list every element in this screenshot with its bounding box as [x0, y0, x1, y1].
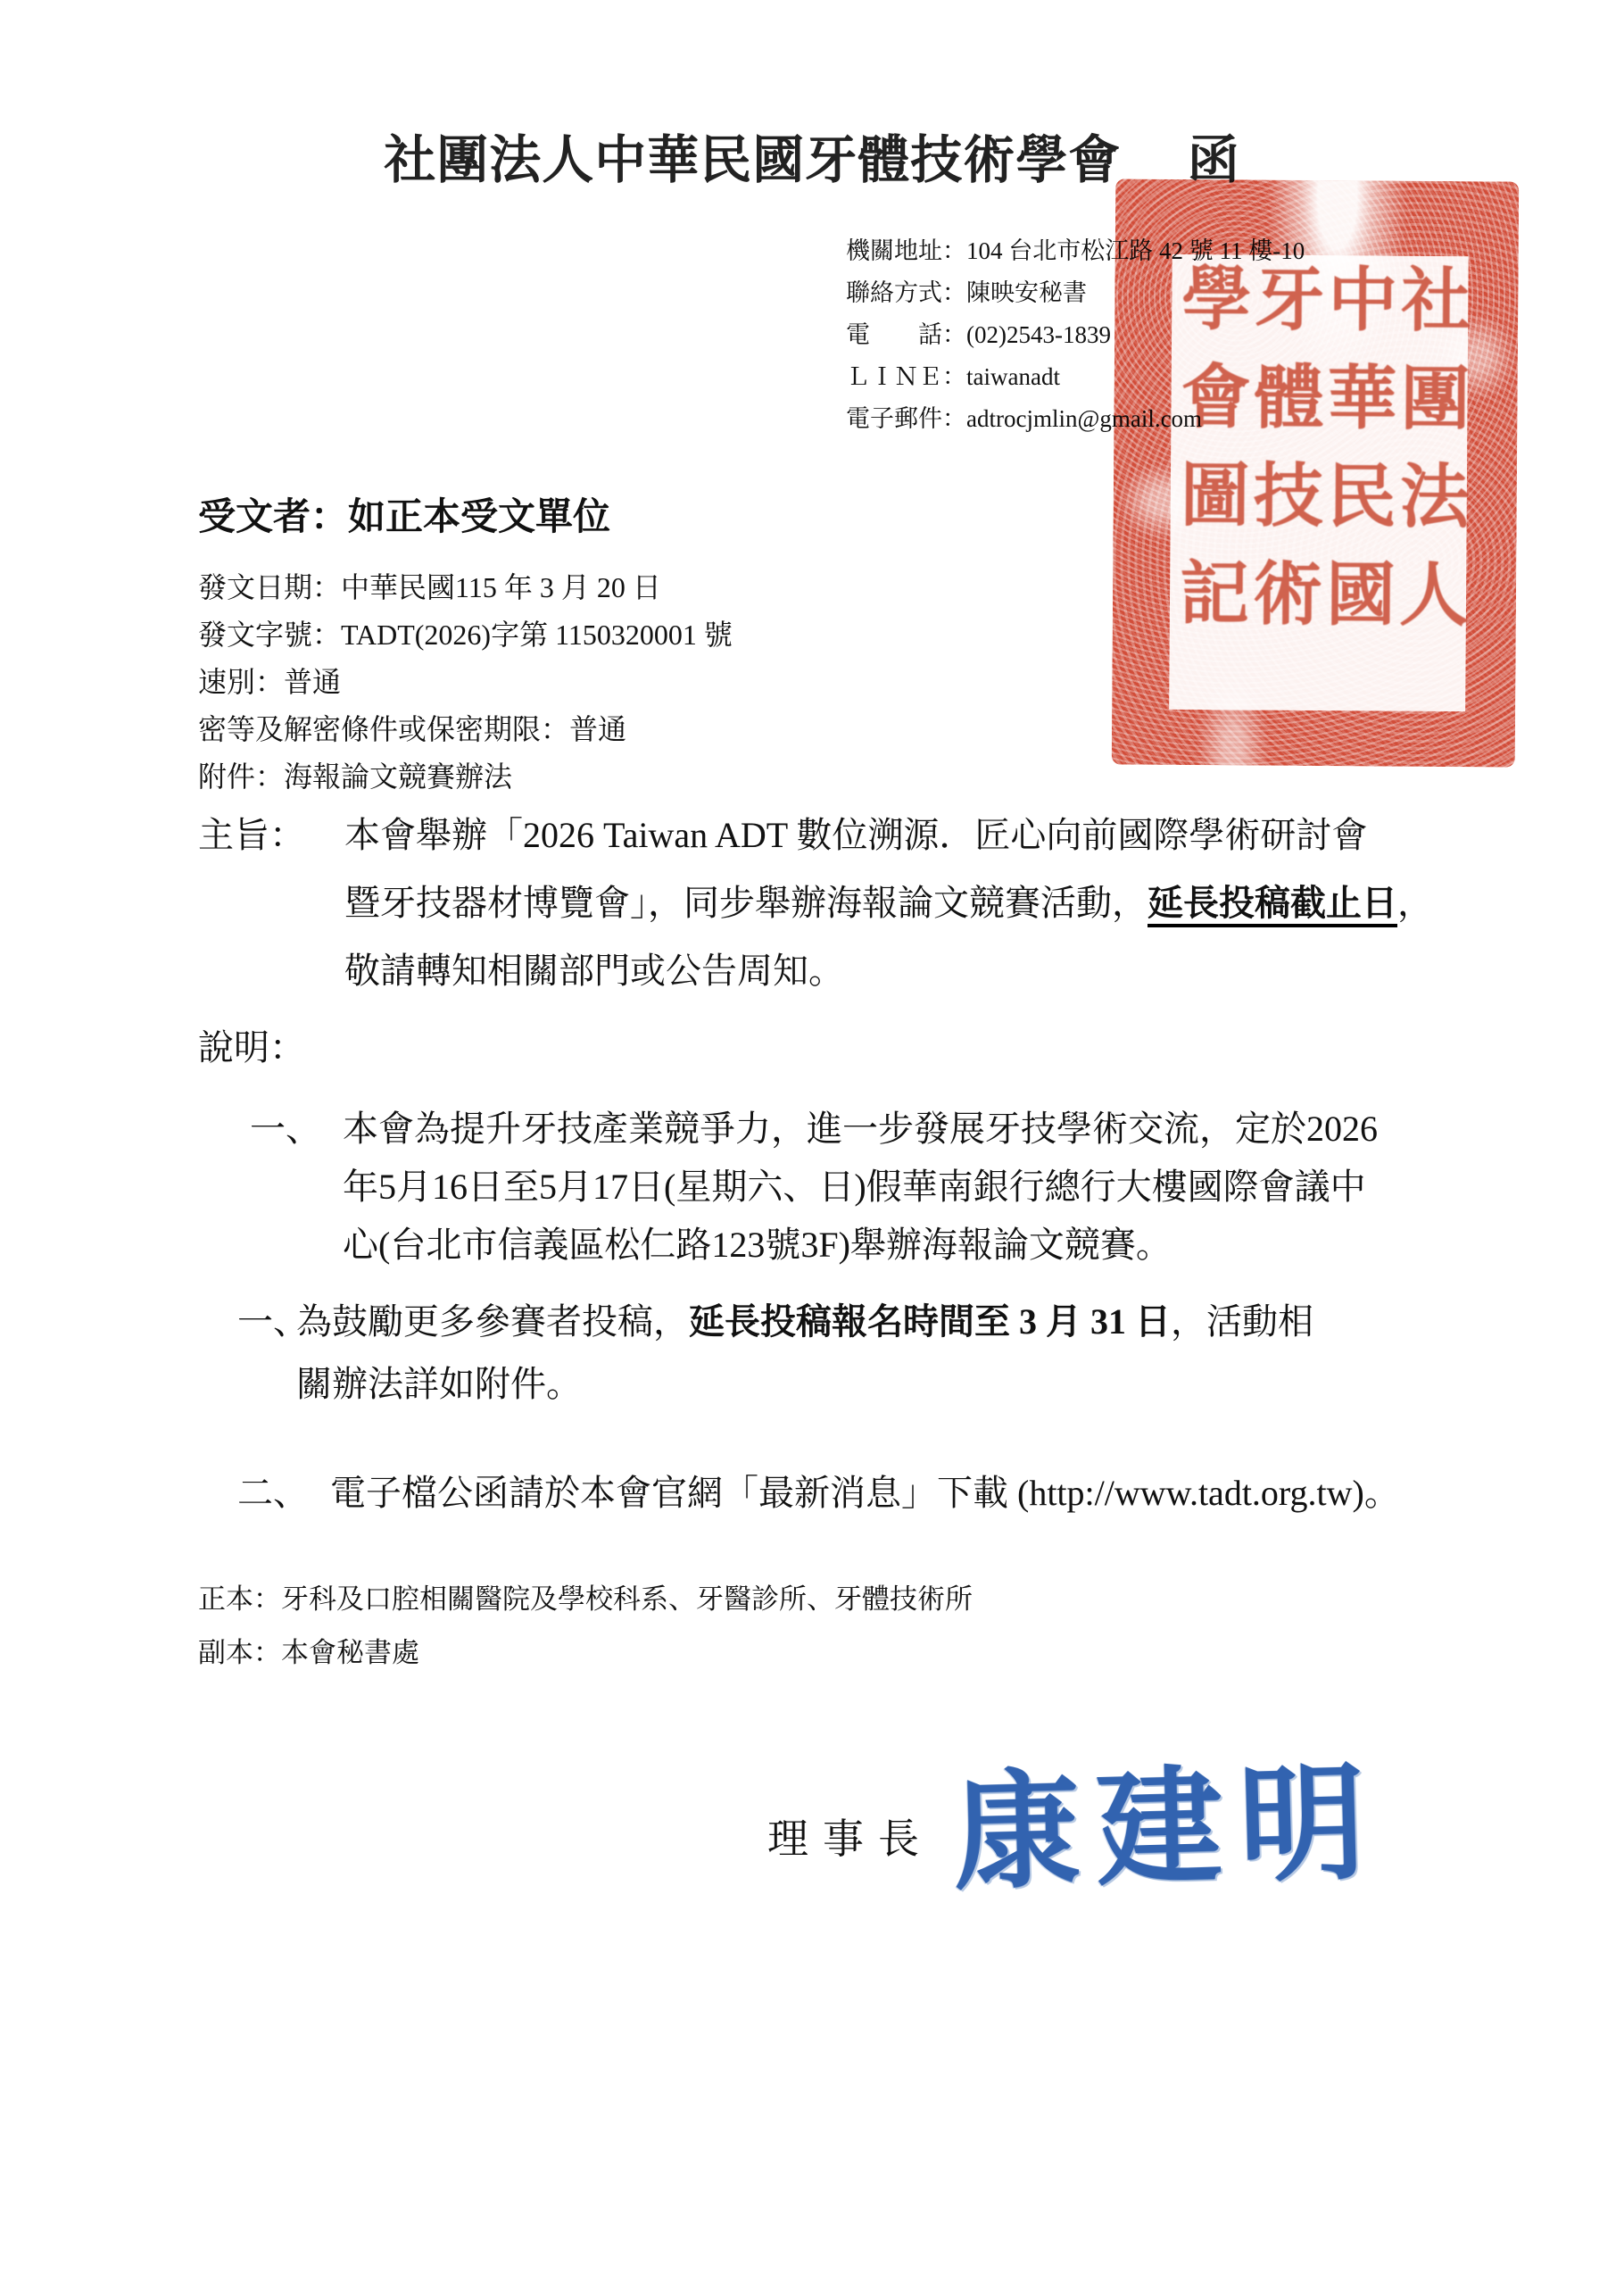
seal-text-column-3: 牙體技術: [1246, 262, 1318, 703]
organization-seal: 社團法人 中華民國 牙體技術 學會圖記: [1112, 179, 1520, 767]
item-line: 心(台北市信義區松仁路123號3F)舉辦海報論文競賽。: [343, 1216, 1378, 1274]
item-body: 本會為提升牙技產業競爭力，進一步發展牙技學術交流，定於2026 年5月16日至5…: [343, 1100, 1378, 1274]
item2-line1-post: ，活動相: [1171, 1301, 1313, 1342]
subject-section: 主旨： 本會舉辦「2026 Taiwan ADT 數位溯源．匠心向前國際學術研討…: [198, 802, 1433, 1005]
seal-inner-panel: 社團法人 中華民國 牙體技術 學會圖記: [1169, 254, 1469, 711]
subject-line2-post: ，: [1397, 883, 1433, 923]
item-line: 年5月16日至5月17日(星期六、日)假華南銀行總行大樓國際會議中: [343, 1158, 1378, 1216]
item-marker: 一、: [237, 1291, 296, 1416]
meta-line-doc-number: 發文字號：TADT(2026)字第 1150320001 號: [198, 611, 733, 659]
item-marker: 一、: [250, 1100, 343, 1274]
item-marker: 二、: [237, 1462, 330, 1525]
subject-line: 暨牙技器材博覽會」，同步舉辦海報論文競賽活動，延長投稿截止日，: [344, 869, 1433, 937]
item-line: 電子檔公函請於本會官網「最新消息」下載 (http://www.tadt.org…: [330, 1462, 1400, 1525]
meta-block: 發文日期：中華民國115 年 3 月 20 日 發文字號：TADT(2026)字…: [198, 564, 733, 801]
explanation-item-3: 二、 電子檔公函請於本會官網「最新消息」下載 (http://www.tadt.…: [237, 1462, 1400, 1525]
item-line: 關辦法詳如附件。: [296, 1353, 1313, 1416]
letter-page: 社團法人中華民國牙體技術學會 函 機關地址：104 台北市松江路 42 號 11…: [0, 0, 1624, 2285]
meta-line-issue-date: 發文日期：中華民國115 年 3 月 20 日: [198, 564, 733, 611]
meta-line-security: 密等及解密條件或保密期限：普通: [198, 706, 733, 753]
explanation-label: 說明：: [198, 1019, 305, 1070]
copy-original-line: 正本：牙科及口腔相關醫院及學校科系、牙醫診所、牙體技術所: [198, 1576, 973, 1616]
subject-line: 敬請轉知相關部門或公告周知。: [344, 937, 1433, 1005]
item-body: 電子檔公函請於本會官網「最新消息」下載 (http://www.tadt.org…: [330, 1462, 1400, 1525]
seal-text-column-2: 中華民國: [1319, 262, 1391, 704]
seal-text-column-1: 社團法人: [1392, 263, 1464, 705]
item-line: 為鼓勵更多參賽者投稿，延長投稿報名時間至 3 月 31 日，活動相: [296, 1291, 1313, 1353]
subject-label: 主旨：: [198, 802, 344, 1005]
subject-line: 本會舉辦「2026 Taiwan ADT 數位溯源．匠心向前國際學術研討會: [344, 802, 1433, 869]
explanation-item-2: 一、 為鼓勵更多參賽者投稿，延長投稿報名時間至 3 月 31 日，活動相 關辦法…: [237, 1291, 1313, 1416]
item-line: 本會為提升牙技產業競爭力，進一步發展牙技學術交流，定於2026: [343, 1100, 1378, 1158]
item-body: 為鼓勵更多參賽者投稿，延長投稿報名時間至 3 月 31 日，活動相 關辦法詳如附…: [296, 1291, 1313, 1416]
subject-emphasis-underline: 延長投稿截止日: [1148, 883, 1397, 927]
meta-line-speed: 速別：普通: [198, 659, 733, 706]
meta-line-attachment: 附件：海報論文競賽辦法: [198, 753, 733, 801]
item2-emphasis-bold: 延長投稿報名時間至 3 月 31 日: [689, 1301, 1171, 1342]
recipient-line: 受文者：如正本受文單位: [198, 487, 610, 541]
subject-body: 本會舉辦「2026 Taiwan ADT 數位溯源．匠心向前國際學術研討會 暨牙…: [344, 802, 1433, 1005]
item2-line1-pre: 為鼓勵更多參賽者投稿，: [296, 1301, 689, 1342]
chairman-signature: 康建明: [950, 1721, 1383, 1914]
seal-text-column-4: 學會圖記: [1172, 262, 1245, 703]
copy-cc-line: 副本：本會秘書處: [198, 1630, 419, 1670]
chairman-title-label: 理事長: [767, 1807, 933, 1865]
subject-line2-pre: 暨牙技器材博覽會」，同步舉辦海報論文競賽活動，: [344, 883, 1148, 923]
explanation-item-1: 一、 本會為提升牙技產業競爭力，進一步發展牙技學術交流，定於2026 年5月16…: [250, 1100, 1378, 1274]
